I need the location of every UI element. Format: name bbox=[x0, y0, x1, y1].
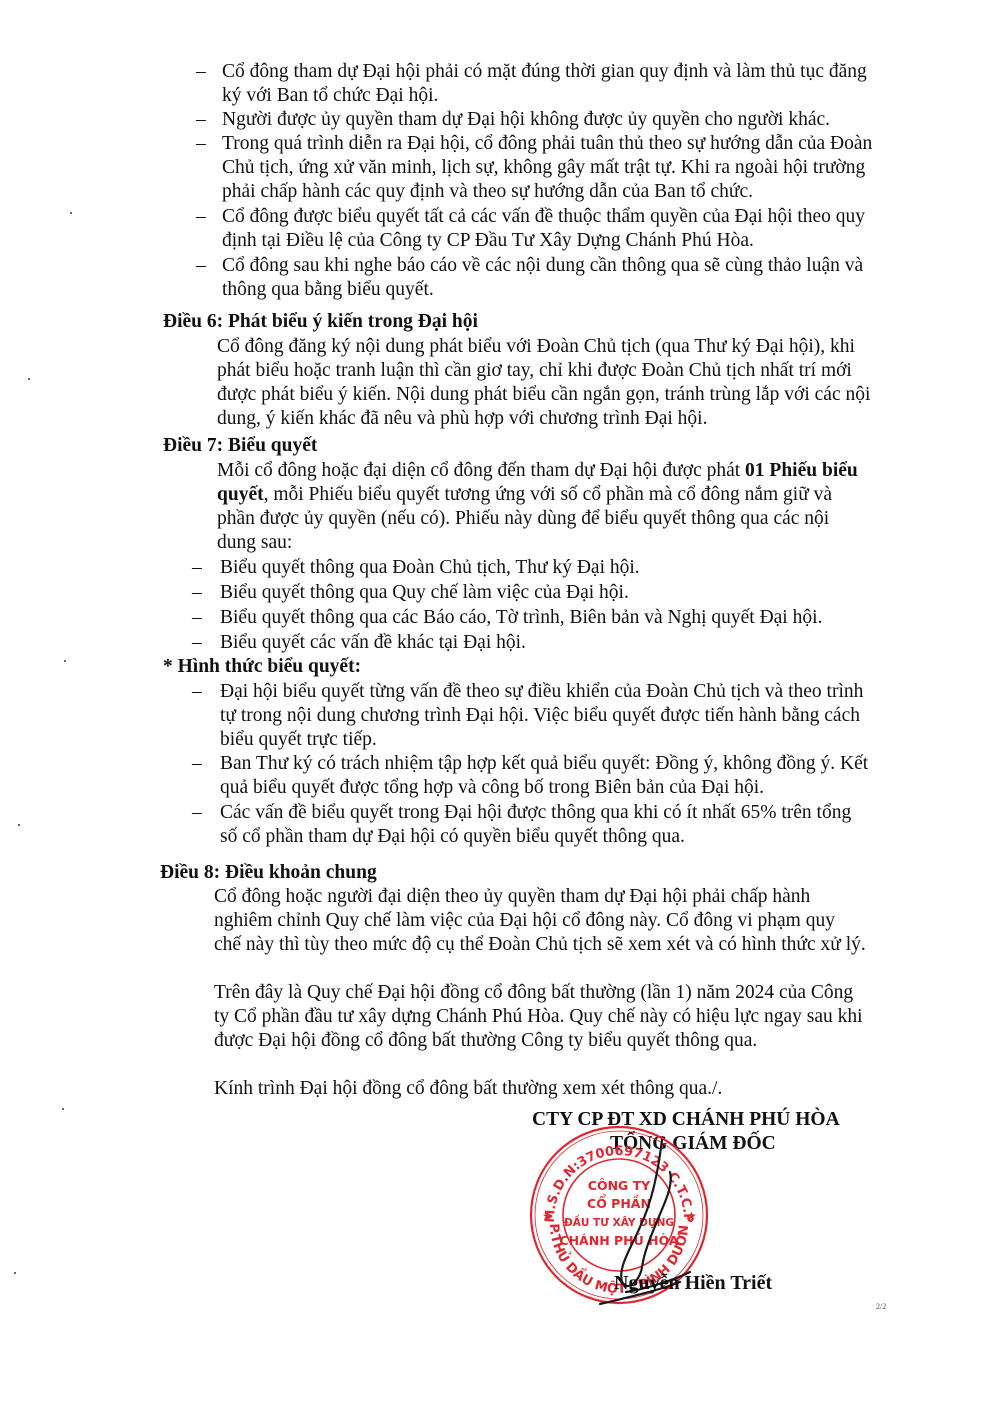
bullet-dash: – bbox=[192, 680, 202, 704]
scan-speck bbox=[18, 824, 20, 826]
bullet-dash: – bbox=[192, 801, 202, 825]
paragraph-line: chế này thì tùy theo mức độ cụ thể Đoàn … bbox=[214, 933, 866, 957]
paragraph-line: Cổ đông hoặc người đại diện theo ủy quyề… bbox=[214, 885, 810, 909]
paragraph-line: ty Cổ phần đầu tư xây dựng Chánh Phú Hòa… bbox=[214, 1005, 863, 1029]
scan-speck bbox=[28, 378, 30, 380]
paragraph-line: nghiêm chỉnh Quy chế làm việc của Đại hộ… bbox=[214, 909, 835, 933]
form-item-text: quả biểu quyết được tổng hợp và công bố … bbox=[220, 776, 764, 800]
article-7-heading: Điều 7: Biểu quyết bbox=[163, 434, 317, 458]
bullet-text: Cổ đông sau khi nghe báo cáo về các nội … bbox=[222, 254, 863, 278]
paragraph-line: quyết, mỗi Phiếu biểu quyết tương ứng vớ… bbox=[217, 483, 832, 507]
submission-line: Kính trình Đại hội đồng cổ đông bất thườ… bbox=[214, 1077, 722, 1101]
article-8-heading: Điều 8: Điều khoản chung bbox=[160, 861, 377, 885]
scan-speck bbox=[64, 660, 66, 662]
ballot-emphasis: 01 Phiếu biểu bbox=[745, 460, 858, 481]
bullet-dash: – bbox=[192, 752, 202, 776]
paragraph-line: được Đại hội đồng cổ đông bất thường Côn… bbox=[214, 1029, 757, 1053]
bullet-text: Người được ủy quyền tham dự Đại hội khôn… bbox=[222, 108, 830, 132]
bullet-text: Cổ đông được biểu quyết tất cả các vấn đ… bbox=[222, 205, 865, 229]
vote-item: Biểu quyết thông qua Đoàn Chủ tịch, Thư … bbox=[220, 556, 640, 580]
paragraph-line: Trên đây là Quy chế Đại hội đồng cổ đông… bbox=[214, 981, 853, 1005]
bullet-text: Trong quá trình diễn ra Đại hội, cổ đông… bbox=[222, 132, 872, 156]
bullet-dash: – bbox=[196, 108, 206, 132]
form-item-text: Ban Thư ký có trách nhiệm tập hợp kết qu… bbox=[220, 752, 868, 776]
svg-text:★: ★ bbox=[542, 1209, 553, 1223]
scan-speck bbox=[70, 212, 72, 214]
paragraph-line: Mỗi cổ đông hoặc đại diện cổ đông đến th… bbox=[217, 459, 858, 483]
bullet-dash: – bbox=[192, 581, 202, 605]
form-item-text: Các vấn đề biểu quyết trong Đại hội được… bbox=[220, 801, 851, 825]
bullet-dash: – bbox=[192, 556, 202, 580]
bullet-text: Chủ tịch, ứng xử văn minh, lịch sự, khôn… bbox=[222, 156, 865, 180]
paragraph-line: phần được ủy quyền (nếu có). Phiếu này d… bbox=[217, 507, 829, 531]
bullet-dash: – bbox=[196, 132, 206, 156]
paragraph-line: dung sau: bbox=[217, 531, 292, 555]
vote-item: Biểu quyết thông qua Quy chế làm việc củ… bbox=[220, 581, 629, 605]
bullet-dash: – bbox=[196, 60, 206, 84]
bullet-dash: – bbox=[192, 631, 202, 655]
bullet-text: phải chấp hành các quy định và theo sự h… bbox=[222, 180, 753, 204]
scan-speck bbox=[14, 1272, 16, 1274]
voting-form-heading: * Hình thức biểu quyết: bbox=[163, 655, 361, 679]
bullet-text: thông qua bằng biểu quyết. bbox=[222, 278, 434, 302]
paragraph-line: phát biểu hoặc tranh luận thì cần giơ ta… bbox=[217, 359, 852, 383]
paragraph-line: được phát biểu ý kiến. Nội dung phát biể… bbox=[217, 383, 870, 407]
paragraph-line: Cổ đông đăng ký nội dung phát biểu với Đ… bbox=[217, 335, 855, 359]
signer-name: Nguyễn Hiền Triết bbox=[614, 1272, 772, 1295]
intro-text: , mỗi Phiếu biểu quyết tương ứng với số … bbox=[264, 484, 832, 505]
page-number: 2/2 bbox=[876, 1302, 886, 1311]
vote-item: Biểu quyết thông qua các Báo cáo, Tờ trì… bbox=[220, 606, 822, 630]
paragraph-line: dung, ý kiến khác đã nêu và phù hợp với … bbox=[217, 407, 707, 431]
scan-speck bbox=[62, 1108, 64, 1110]
vote-item: Biểu quyết các vấn đề khác tại Đại hội. bbox=[220, 631, 526, 655]
bullet-dash: – bbox=[196, 205, 206, 229]
form-item-text: biểu quyết trực tiếp. bbox=[220, 728, 377, 752]
bullet-text: định tại Điều lệ của Công ty CP Đầu Tư X… bbox=[222, 229, 754, 253]
ballot-emphasis: quyết bbox=[217, 484, 264, 505]
article-6-heading: Điều 6: Phát biểu ý kiến trong Đại hội bbox=[163, 310, 478, 334]
document-page: – Cổ đông tham dự Đại hội phải có mặt đú… bbox=[0, 0, 1000, 1413]
bullet-text: Cổ đông tham dự Đại hội phải có mặt đúng… bbox=[222, 60, 867, 84]
bullet-text: ký với Ban tổ chức Đại hội. bbox=[222, 84, 438, 108]
form-item-text: số cổ phần tham dự Đại hội có quyền biểu… bbox=[220, 825, 685, 849]
form-item-text: tự trong nội dung chương trình Đại hội. … bbox=[220, 704, 860, 728]
form-item-text: Đại hội biểu quyết từng vấn đề theo sự đ… bbox=[220, 680, 863, 704]
bullet-dash: – bbox=[192, 606, 202, 630]
intro-text: Mỗi cổ đông hoặc đại diện cổ đông đến th… bbox=[217, 460, 745, 481]
bullet-dash: – bbox=[196, 254, 206, 278]
